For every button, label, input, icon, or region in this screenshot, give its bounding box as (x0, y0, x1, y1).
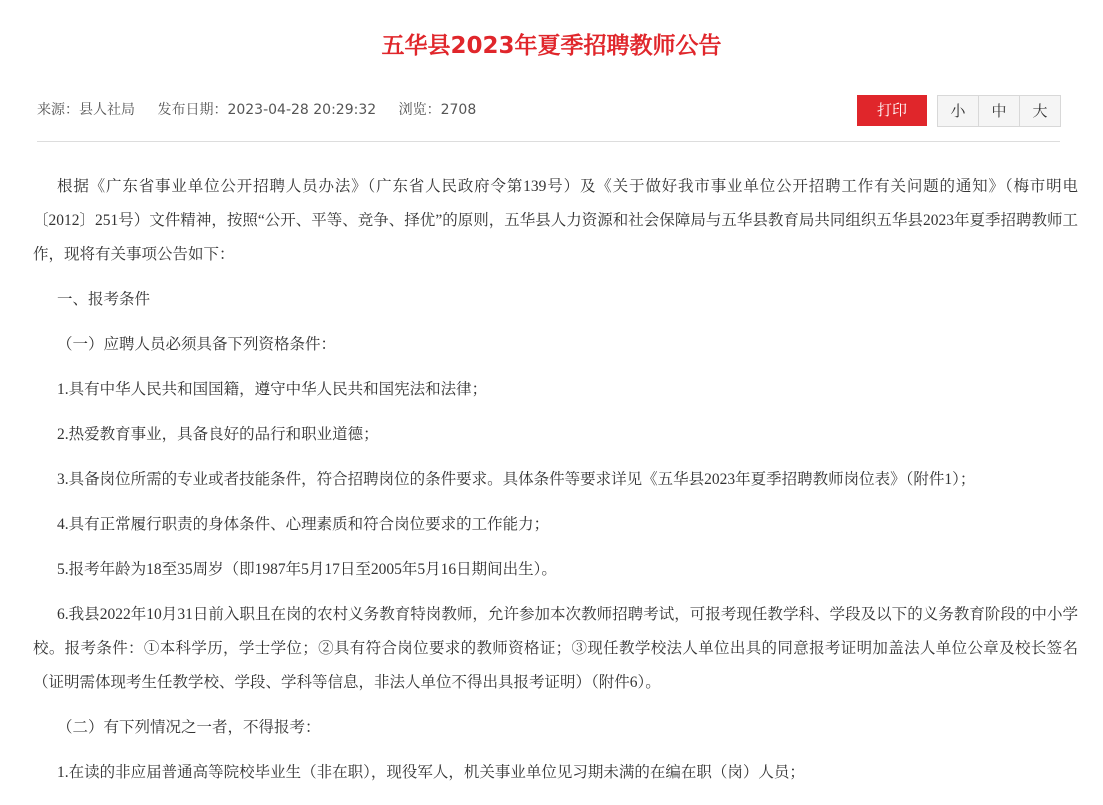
article-page: 五华县2023年夏季招聘教师公告 来源：县人社局 发布日期：2023-04-28… (0, 0, 1103, 805)
list-item: 6.我县2022年10月31日前入职且在岗的农村义务教育特岗教师，允许参加本次教… (33, 598, 1078, 700)
source-value: 县人社局 (79, 102, 135, 118)
font-size-large-button[interactable]: 大 (1020, 96, 1060, 126)
list-item: 3.具备岗位所需的专业或者技能条件，符合招聘岗位的条件要求。具体条件等要求详见《… (33, 463, 1078, 497)
font-size-switcher: 小 中 大 (937, 95, 1061, 127)
date-value: 2023-04-28 20:29:32 (227, 102, 376, 118)
date-label: 发布日期： (157, 102, 227, 118)
section-heading-requirements: 一、报考条件 (33, 283, 1078, 317)
views-info: 浏览：2708 (399, 102, 477, 118)
list-item: 1.具有中华人民共和国国籍，遵守中华人民共和国宪法和法律； (33, 373, 1078, 407)
header-divider (37, 141, 1060, 142)
print-button[interactable]: 打印 (857, 95, 927, 126)
subsection-heading-exclusions: （二）有下列情况之一者，不得报考： (33, 711, 1078, 745)
article-meta: 来源：县人社局 发布日期：2023-04-28 20:29:32 浏览：2708 (37, 99, 494, 121)
article-body: 根据《广东省事业单位公开招聘人员办法》（广东省人民政府令第139号）及《关于做好… (33, 170, 1078, 801)
views-value: 2708 (441, 102, 477, 118)
date-info: 发布日期：2023-04-28 20:29:32 (157, 102, 376, 118)
subsection-heading-qualifications: （一）应聘人员必须具备下列资格条件： (33, 328, 1078, 362)
font-size-medium-button[interactable]: 中 (979, 96, 1020, 126)
intro-paragraph: 根据《广东省事业单位公开招聘人员办法》（广东省人民政府令第139号）及《关于做好… (33, 170, 1078, 272)
article-title: 五华县2023年夏季招聘教师公告 (0, 28, 1103, 64)
source-info: 来源：县人社局 (37, 102, 135, 118)
list-item: 1.在读的非应届普通高等院校毕业生（非在职），现役军人，机关事业单位见习期未满的… (33, 756, 1078, 790)
source-label: 来源： (37, 102, 79, 118)
views-label: 浏览： (399, 102, 441, 118)
list-item: 4.具有正常履行职责的身体条件、心理素质和符合岗位要求的工作能力； (33, 508, 1078, 542)
article-toolbar: 打印 小 中 大 (857, 95, 1061, 127)
font-size-small-button[interactable]: 小 (938, 96, 979, 126)
list-item: 2.热爱教育事业，具备良好的品行和职业道德； (33, 418, 1078, 452)
list-item: 5.报考年龄为18至35周岁（即1987年5月17日至2005年5月16日期间出… (33, 553, 1078, 587)
